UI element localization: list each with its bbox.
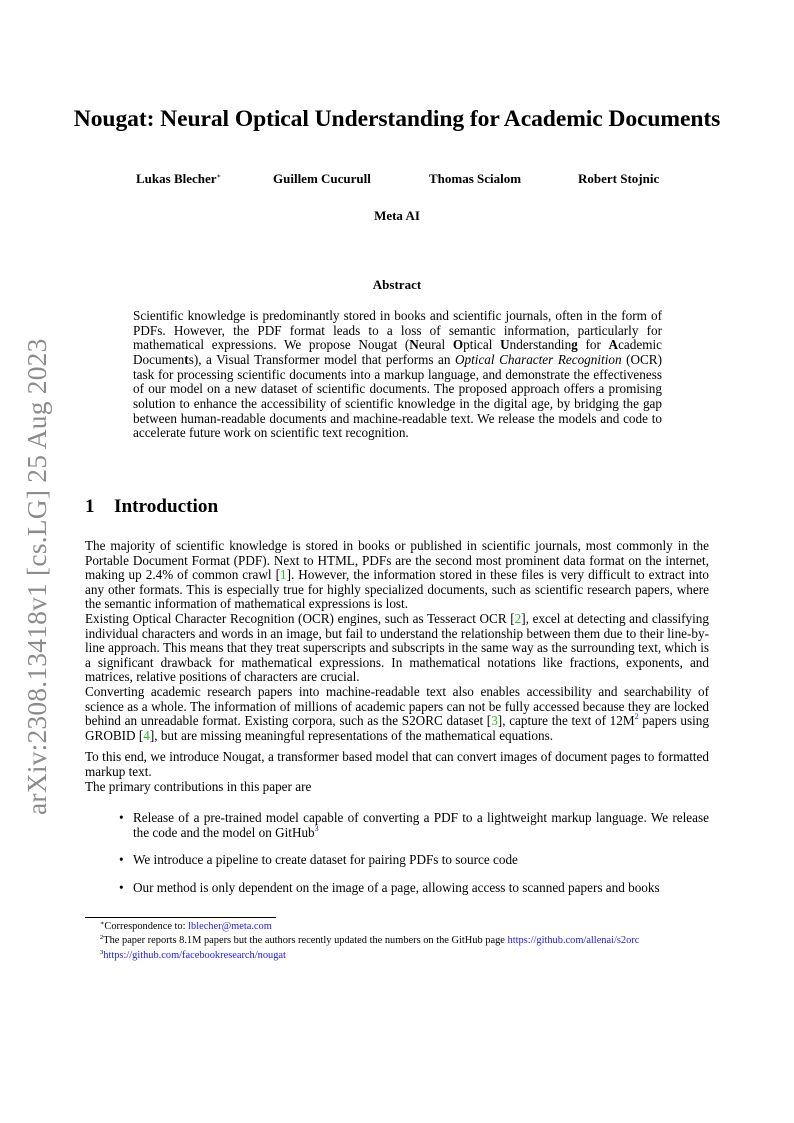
footnotes: ∗Correspondence to: lblecher@meta.com 2T… xyxy=(100,920,720,963)
bullet-icon: • xyxy=(119,881,124,896)
footnote: 3https://github.com/facebookresearch/nou… xyxy=(100,949,720,963)
footnote-reference[interactable]: 3 xyxy=(315,824,319,833)
paragraph: The majority of scientific knowledge is … xyxy=(85,539,709,612)
citation-link[interactable]: 1 xyxy=(280,567,287,582)
paragraph: Converting academic research papers into… xyxy=(85,685,709,743)
paper-page: arXiv:2308.13418v1 [cs.LG] 25 Aug 2023 N… xyxy=(0,0,794,1123)
email-link[interactable]: lblecher@meta.com xyxy=(188,921,272,932)
url-link[interactable]: https://github.com/allenai/s2orc xyxy=(508,935,640,946)
affiliation: Meta AI xyxy=(0,208,794,224)
paper-title: Nougat: Neural Optical Understanding for… xyxy=(0,106,794,133)
bullet-icon: • xyxy=(119,811,124,826)
citation-link[interactable]: 4 xyxy=(143,728,150,743)
url-link[interactable]: https://github.com/facebookresearch/noug… xyxy=(103,950,286,961)
citation-link[interactable]: 3 xyxy=(491,713,498,728)
correspondence-mark[interactable]: ∗ xyxy=(217,172,222,180)
ocr-term: Optical Character Recognition xyxy=(455,352,622,367)
section-title: Introduction xyxy=(114,496,218,517)
author-name: Lukas Blecher∗ xyxy=(136,171,221,187)
footnote: 2The paper reports 8.1M papers but the a… xyxy=(100,934,720,948)
arxiv-identifier-stamp[interactable]: arXiv:2308.13418v1 [cs.LG] 25 Aug 2023 xyxy=(17,335,57,815)
abstract-heading: Abstract xyxy=(0,277,794,293)
author-name: Guillem Cucurull xyxy=(273,171,371,187)
list-item: • Release of a pre-trained model capable… xyxy=(85,811,709,840)
abstract-text: Scientific knowledge is predominantly st… xyxy=(133,309,662,441)
paragraph: Existing Optical Character Recognition (… xyxy=(85,612,709,685)
section-number: 1 xyxy=(85,496,114,518)
bullet-icon: • xyxy=(119,853,124,868)
author-name: Robert Stojnic xyxy=(578,171,659,187)
author-list: Lukas Blecher∗ Guillem Cucurull Thomas S… xyxy=(0,171,794,191)
list-item: • We introduce a pipeline to create data… xyxy=(85,853,709,868)
paragraph: The primary contributions in this paper … xyxy=(85,780,709,795)
section-heading-introduction: 1Introduction xyxy=(85,496,218,518)
footnote: ∗Correspondence to: lblecher@meta.com xyxy=(100,920,720,934)
paragraph: To this end, we introduce Nougat, a tran… xyxy=(85,750,709,779)
author-name: Thomas Scialom xyxy=(429,171,521,187)
list-item: • Our method is only dependent on the im… xyxy=(85,881,709,896)
footnote-divider xyxy=(85,917,276,918)
